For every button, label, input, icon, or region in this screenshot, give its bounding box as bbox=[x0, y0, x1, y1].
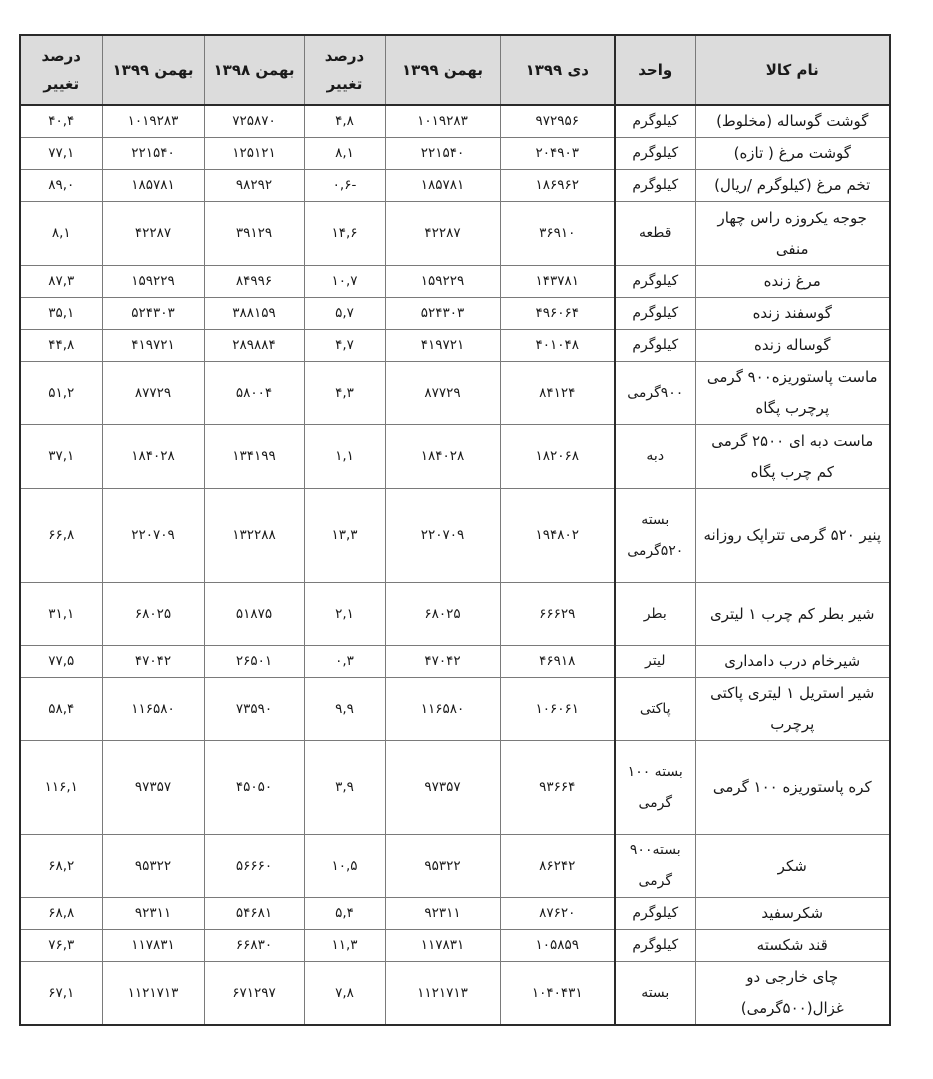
cell-pct-change-2: ۴۴,۸ bbox=[20, 330, 102, 362]
cell-dey-1399: ۹۳۶۶۴ bbox=[500, 741, 615, 835]
cell-dey-1399: ۸۷۶۲۰ bbox=[500, 898, 615, 930]
cell-bahman-1399-a: ۱۱۶۵۸۰ bbox=[385, 678, 500, 741]
cell-product-name: شکر bbox=[695, 835, 890, 898]
cell-dey-1399: ۲۰۴۹۰۳ bbox=[500, 138, 615, 170]
cell-product-name: ماست پاستوریزه۹۰۰ گرمی پرچرب پگاه bbox=[695, 362, 890, 425]
cell-pct-change-1: ۷,۸ bbox=[304, 962, 385, 1026]
cell-unit: ۹۰۰گرمی bbox=[615, 362, 695, 425]
cell-pct-change-2: ۳۷,۱ bbox=[20, 425, 102, 489]
cell-dey-1399: ۶۶۶۲۹ bbox=[500, 583, 615, 646]
cell-pct-change-1: ۱۱,۳ bbox=[304, 930, 385, 962]
price-table-container: نام کالا واحد دی ۱۳۹۹ بهمن ۱۳۹۹ درصد تغی… bbox=[19, 34, 889, 1026]
cell-product-name: گوشت مرغ ( تازه) bbox=[695, 138, 890, 170]
cell-bahman-1398: ۳۸۸۱۵۹ bbox=[204, 298, 304, 330]
cell-dey-1399: ۴۶۹۱۸ bbox=[500, 646, 615, 678]
cell-bahman-1399-b: ۹۷۳۵۷ bbox=[102, 741, 204, 835]
cell-bahman-1399-b: ۱۸۵۷۸۱ bbox=[102, 170, 204, 202]
header-product-name: نام کالا bbox=[695, 35, 890, 105]
cell-bahman-1399-a: ۴۱۹۷۲۱ bbox=[385, 330, 500, 362]
cell-bahman-1398: ۵۱۸۷۵ bbox=[204, 583, 304, 646]
cell-bahman-1398: ۵۸۰۰۴ bbox=[204, 362, 304, 425]
cell-pct-change-2: ۷۷,۵ bbox=[20, 646, 102, 678]
cell-pct-change-2: ۵۱,۲ bbox=[20, 362, 102, 425]
cell-dey-1399: ۱۹۴۸۰۲ bbox=[500, 489, 615, 583]
cell-product-name: گوسفند زنده bbox=[695, 298, 890, 330]
table-row: چای خارجی دو غزال(۵۰۰گرمی)بسته۱۰۴۰۴۳۱۱۱۲… bbox=[20, 962, 890, 1026]
cell-unit: لیتر bbox=[615, 646, 695, 678]
cell-bahman-1399-b: ۱۱۲۱۷۱۳ bbox=[102, 962, 204, 1026]
cell-pct-change-2: ۶۶,۸ bbox=[20, 489, 102, 583]
cell-product-name: کره پاستوریزه ۱۰۰ گرمی bbox=[695, 741, 890, 835]
cell-product-name: شیرخام درب دامداری bbox=[695, 646, 890, 678]
cell-bahman-1399-a: ۲۲۰۷۰۹ bbox=[385, 489, 500, 583]
cell-dey-1399: ۱۰۶۰۶۱ bbox=[500, 678, 615, 741]
table-row: شیر استریل ۱ لیتری پاکتی پرچربپاکتی۱۰۶۰۶… bbox=[20, 678, 890, 741]
cell-bahman-1399-a: ۱۰۱۹۲۸۳ bbox=[385, 105, 500, 138]
cell-bahman-1399-a: ۹۷۳۵۷ bbox=[385, 741, 500, 835]
cell-bahman-1399-b: ۵۲۴۳۰۳ bbox=[102, 298, 204, 330]
cell-unit: کیلوگرم bbox=[615, 105, 695, 138]
table-row: قند شکستهکیلوگرم۱۰۵۸۵۹۱۱۷۸۳۱۱۱,۳۶۶۸۳۰۱۱۷… bbox=[20, 930, 890, 962]
cell-unit: کیلوگرم bbox=[615, 298, 695, 330]
cell-pct-change-1: ۴,۷ bbox=[304, 330, 385, 362]
cell-pct-change-1: ۰,۳ bbox=[304, 646, 385, 678]
table-row: شیر بطر کم چرب ۱ لیتریبطر۶۶۶۲۹۶۸۰۲۵۲,۱۵۱… bbox=[20, 583, 890, 646]
cell-pct-change-1: ۹,۹ bbox=[304, 678, 385, 741]
cell-bahman-1398: ۷۳۵۹۰ bbox=[204, 678, 304, 741]
cell-unit: بسته۹۰۰ گرمی bbox=[615, 835, 695, 898]
cell-unit: بطر bbox=[615, 583, 695, 646]
cell-bahman-1399-b: ۹۲۳۱۱ bbox=[102, 898, 204, 930]
header-pct-change-1: درصد تغییر bbox=[304, 35, 385, 105]
cell-bahman-1398: ۱۲۵۱۲۱ bbox=[204, 138, 304, 170]
cell-unit: کیلوگرم bbox=[615, 898, 695, 930]
cell-bahman-1399-b: ۶۸۰۲۵ bbox=[102, 583, 204, 646]
cell-pct-change-1: ۱,۱ bbox=[304, 425, 385, 489]
cell-bahman-1399-b: ۴۲۲۸۷ bbox=[102, 202, 204, 266]
cell-pct-change-2: ۳۵,۱ bbox=[20, 298, 102, 330]
cell-product-name: شیر بطر کم چرب ۱ لیتری bbox=[695, 583, 890, 646]
table-row: کره پاستوریزه ۱۰۰ گرمیبسته ۱۰۰ گرمی۹۳۶۶۴… bbox=[20, 741, 890, 835]
table-row: مرغ زندهکیلوگرم۱۴۳۷۸۱۱۵۹۲۲۹۱۰,۷۸۴۹۹۶۱۵۹۲… bbox=[20, 266, 890, 298]
cell-product-name: قند شکسته bbox=[695, 930, 890, 962]
cell-dey-1399: ۱۰۵۸۵۹ bbox=[500, 930, 615, 962]
cell-bahman-1399-b: ۸۷۷۲۹ bbox=[102, 362, 204, 425]
cell-product-name: جوجه یکروزه راس چهار منفی bbox=[695, 202, 890, 266]
table-row: شکربسته۹۰۰ گرمی۸۶۲۴۲۹۵۳۲۲۱۰,۵۵۶۶۶۰۹۵۳۲۲۶… bbox=[20, 835, 890, 898]
table-row: گوشت مرغ ( تازه)کیلوگرم۲۰۴۹۰۳۲۲۱۵۴۰۸,۱۱۲… bbox=[20, 138, 890, 170]
cell-bahman-1399-a: ۱۸۴۰۲۸ bbox=[385, 425, 500, 489]
cell-pct-change-2: ۷۶,۳ bbox=[20, 930, 102, 962]
header-bahman-1399-a: بهمن ۱۳۹۹ bbox=[385, 35, 500, 105]
cell-bahman-1398: ۱۳۲۲۸۸ bbox=[204, 489, 304, 583]
cell-product-name: گوساله زنده bbox=[695, 330, 890, 362]
cell-bahman-1398: ۲۸۹۸۸۴ bbox=[204, 330, 304, 362]
table-row: گوسفند زندهکیلوگرم۴۹۶۰۶۴۵۲۴۳۰۳۵,۷۳۸۸۱۵۹۵… bbox=[20, 298, 890, 330]
cell-bahman-1399-a: ۸۷۷۲۹ bbox=[385, 362, 500, 425]
cell-bahman-1399-a: ۱۸۵۷۸۱ bbox=[385, 170, 500, 202]
cell-bahman-1399-b: ۱۱۶۵۸۰ bbox=[102, 678, 204, 741]
cell-pct-change-1: ۱۳,۳ bbox=[304, 489, 385, 583]
cell-pct-change-2: ۶۸,۸ bbox=[20, 898, 102, 930]
cell-dey-1399: ۱۸۶۹۶۲ bbox=[500, 170, 615, 202]
cell-bahman-1399-b: ۲۲۰۷۰۹ bbox=[102, 489, 204, 583]
table-row: پنیر ۵۲۰ گرمی تتراپک روزانهبسته ۵۲۰گرمی۱… bbox=[20, 489, 890, 583]
table-row: گوشت گوساله (مخلوط)کیلوگرم۹۷۲۹۵۶۱۰۱۹۲۸۳۴… bbox=[20, 105, 890, 138]
cell-unit: کیلوگرم bbox=[615, 930, 695, 962]
header-bahman-1399-b: بهمن ۱۳۹۹ bbox=[102, 35, 204, 105]
cell-bahman-1398: ۹۸۲۹۲ bbox=[204, 170, 304, 202]
cell-unit: بسته ۵۲۰گرمی bbox=[615, 489, 695, 583]
cell-pct-change-2: ۸۹,۰ bbox=[20, 170, 102, 202]
cell-pct-change-2: ۵۸,۴ bbox=[20, 678, 102, 741]
cell-pct-change-1: ۸,۱ bbox=[304, 138, 385, 170]
cell-product-name: شیر استریل ۱ لیتری پاکتی پرچرب bbox=[695, 678, 890, 741]
cell-pct-change-1: ۱۴,۶ bbox=[304, 202, 385, 266]
cell-bahman-1399-a: ۴۲۲۸۷ bbox=[385, 202, 500, 266]
cell-bahman-1398: ۵۶۶۶۰ bbox=[204, 835, 304, 898]
cell-dey-1399: ۱۴۳۷۸۱ bbox=[500, 266, 615, 298]
cell-pct-change-1: ۴,۳ bbox=[304, 362, 385, 425]
cell-bahman-1399-a: ۱۵۹۲۲۹ bbox=[385, 266, 500, 298]
cell-dey-1399: ۴۹۶۰۶۴ bbox=[500, 298, 615, 330]
cell-bahman-1398: ۲۶۵۰۱ bbox=[204, 646, 304, 678]
cell-bahman-1399-b: ۱۸۴۰۲۸ bbox=[102, 425, 204, 489]
table-row: ماست دبه ای ۲۵۰۰ گرمی کم چرب پگاهدبه۱۸۲۰… bbox=[20, 425, 890, 489]
cell-bahman-1399-a: ۶۸۰۲۵ bbox=[385, 583, 500, 646]
table-row: شیرخام درب دامداریلیتر۴۶۹۱۸۴۷۰۴۲۰,۳۲۶۵۰۱… bbox=[20, 646, 890, 678]
cell-bahman-1399-b: ۲۲۱۵۴۰ bbox=[102, 138, 204, 170]
cell-pct-change-2: ۷۷,۱ bbox=[20, 138, 102, 170]
cell-pct-change-1: ۳,۹ bbox=[304, 741, 385, 835]
table-header-row: نام کالا واحد دی ۱۳۹۹ بهمن ۱۳۹۹ درصد تغی… bbox=[20, 35, 890, 105]
cell-unit: کیلوگرم bbox=[615, 138, 695, 170]
cell-pct-change-1: ۱۰,۵ bbox=[304, 835, 385, 898]
cell-bahman-1398: ۶۷۱۲۹۷ bbox=[204, 962, 304, 1026]
cell-bahman-1398: ۶۶۸۳۰ bbox=[204, 930, 304, 962]
cell-pct-change-2: ۴۰,۴ bbox=[20, 105, 102, 138]
cell-bahman-1398: ۵۴۶۸۱ bbox=[204, 898, 304, 930]
cell-bahman-1399-b: ۹۵۳۲۲ bbox=[102, 835, 204, 898]
cell-bahman-1398: ۸۴۹۹۶ bbox=[204, 266, 304, 298]
cell-unit: کیلوگرم bbox=[615, 266, 695, 298]
price-comparison-table: نام کالا واحد دی ۱۳۹۹ بهمن ۱۳۹۹ درصد تغی… bbox=[19, 34, 891, 1026]
cell-pct-change-1: ۵,۴ bbox=[304, 898, 385, 930]
cell-bahman-1398: ۴۵۰۵۰ bbox=[204, 741, 304, 835]
cell-pct-change-2: ۶۷,۱ bbox=[20, 962, 102, 1026]
cell-pct-change-1: ۱۰,۷ bbox=[304, 266, 385, 298]
header-unit: واحد bbox=[615, 35, 695, 105]
cell-pct-change-2: ۶۸,۲ bbox=[20, 835, 102, 898]
cell-unit: قطعه bbox=[615, 202, 695, 266]
table-row: جوجه یکروزه راس چهار منفیقطعه۳۶۹۱۰۴۲۲۸۷۱… bbox=[20, 202, 890, 266]
cell-bahman-1399-a: ۹۲۳۱۱ bbox=[385, 898, 500, 930]
cell-dey-1399: ۳۶۹۱۰ bbox=[500, 202, 615, 266]
header-pct-change-2: درصد تغییر bbox=[20, 35, 102, 105]
header-bahman-1398: بهمن ۱۳۹۸ bbox=[204, 35, 304, 105]
cell-unit: کیلوگرم bbox=[615, 330, 695, 362]
cell-bahman-1398: ۷۲۵۸۷۰ bbox=[204, 105, 304, 138]
cell-dey-1399: ۴۰۱۰۴۸ bbox=[500, 330, 615, 362]
cell-pct-change-1: ۴,۸ bbox=[304, 105, 385, 138]
cell-product-name: شکرسفید bbox=[695, 898, 890, 930]
cell-dey-1399: ۸۴۱۲۴ bbox=[500, 362, 615, 425]
cell-bahman-1399-a: ۴۷۰۴۲ bbox=[385, 646, 500, 678]
cell-pct-change-1: -۰,۶ bbox=[304, 170, 385, 202]
table-row: ماست پاستوریزه۹۰۰ گرمی پرچرب پگاه۹۰۰گرمی… bbox=[20, 362, 890, 425]
cell-product-name: پنیر ۵۲۰ گرمی تتراپک روزانه bbox=[695, 489, 890, 583]
cell-dey-1399: ۱۸۲۰۶۸ bbox=[500, 425, 615, 489]
cell-dey-1399: ۱۰۴۰۴۳۱ bbox=[500, 962, 615, 1026]
cell-bahman-1399-a: ۲۲۱۵۴۰ bbox=[385, 138, 500, 170]
cell-unit: بسته ۱۰۰ گرمی bbox=[615, 741, 695, 835]
cell-bahman-1399-a: ۵۲۴۳۰۳ bbox=[385, 298, 500, 330]
cell-pct-change-1: ۵,۷ bbox=[304, 298, 385, 330]
cell-pct-change-2: ۳۱,۱ bbox=[20, 583, 102, 646]
cell-bahman-1399-b: ۴۱۹۷۲۱ bbox=[102, 330, 204, 362]
table-row: تخم مرغ (کیلوگرم /ریال)کیلوگرم۱۸۶۹۶۲۱۸۵۷… bbox=[20, 170, 890, 202]
cell-bahman-1399-b: ۱۰۱۹۲۸۳ bbox=[102, 105, 204, 138]
cell-bahman-1399-a: ۱۱۲۱۷۱۳ bbox=[385, 962, 500, 1026]
cell-bahman-1399-b: ۴۷۰۴۲ bbox=[102, 646, 204, 678]
cell-dey-1399: ۸۶۲۴۲ bbox=[500, 835, 615, 898]
header-dey-1399: دی ۱۳۹۹ bbox=[500, 35, 615, 105]
cell-unit: پاکتی bbox=[615, 678, 695, 741]
cell-pct-change-2: ۱۱۶,۱ bbox=[20, 741, 102, 835]
cell-product-name: چای خارجی دو غزال(۵۰۰گرمی) bbox=[695, 962, 890, 1026]
cell-dey-1399: ۹۷۲۹۵۶ bbox=[500, 105, 615, 138]
cell-product-name: مرغ زنده bbox=[695, 266, 890, 298]
cell-bahman-1398: ۱۳۴۱۹۹ bbox=[204, 425, 304, 489]
cell-unit: بسته bbox=[615, 962, 695, 1026]
cell-bahman-1399-b: ۱۵۹۲۲۹ bbox=[102, 266, 204, 298]
cell-bahman-1399-b: ۱۱۷۸۳۱ bbox=[102, 930, 204, 962]
cell-bahman-1399-a: ۱۱۷۸۳۱ bbox=[385, 930, 500, 962]
cell-unit: دبه bbox=[615, 425, 695, 489]
cell-pct-change-2: ۸۷,۳ bbox=[20, 266, 102, 298]
cell-unit: کیلوگرم bbox=[615, 170, 695, 202]
cell-bahman-1399-a: ۹۵۳۲۲ bbox=[385, 835, 500, 898]
table-row: شکرسفیدکیلوگرم۸۷۶۲۰۹۲۳۱۱۵,۴۵۴۶۸۱۹۲۳۱۱۶۸,… bbox=[20, 898, 890, 930]
table-body: گوشت گوساله (مخلوط)کیلوگرم۹۷۲۹۵۶۱۰۱۹۲۸۳۴… bbox=[20, 105, 890, 1025]
cell-product-name: ماست دبه ای ۲۵۰۰ گرمی کم چرب پگاه bbox=[695, 425, 890, 489]
cell-product-name: تخم مرغ (کیلوگرم /ریال) bbox=[695, 170, 890, 202]
cell-bahman-1398: ۳۹۱۲۹ bbox=[204, 202, 304, 266]
cell-pct-change-2: ۸,۱ bbox=[20, 202, 102, 266]
table-row: گوساله زندهکیلوگرم۴۰۱۰۴۸۴۱۹۷۲۱۴,۷۲۸۹۸۸۴۴… bbox=[20, 330, 890, 362]
cell-product-name: گوشت گوساله (مخلوط) bbox=[695, 105, 890, 138]
cell-pct-change-1: ۲,۱ bbox=[304, 583, 385, 646]
